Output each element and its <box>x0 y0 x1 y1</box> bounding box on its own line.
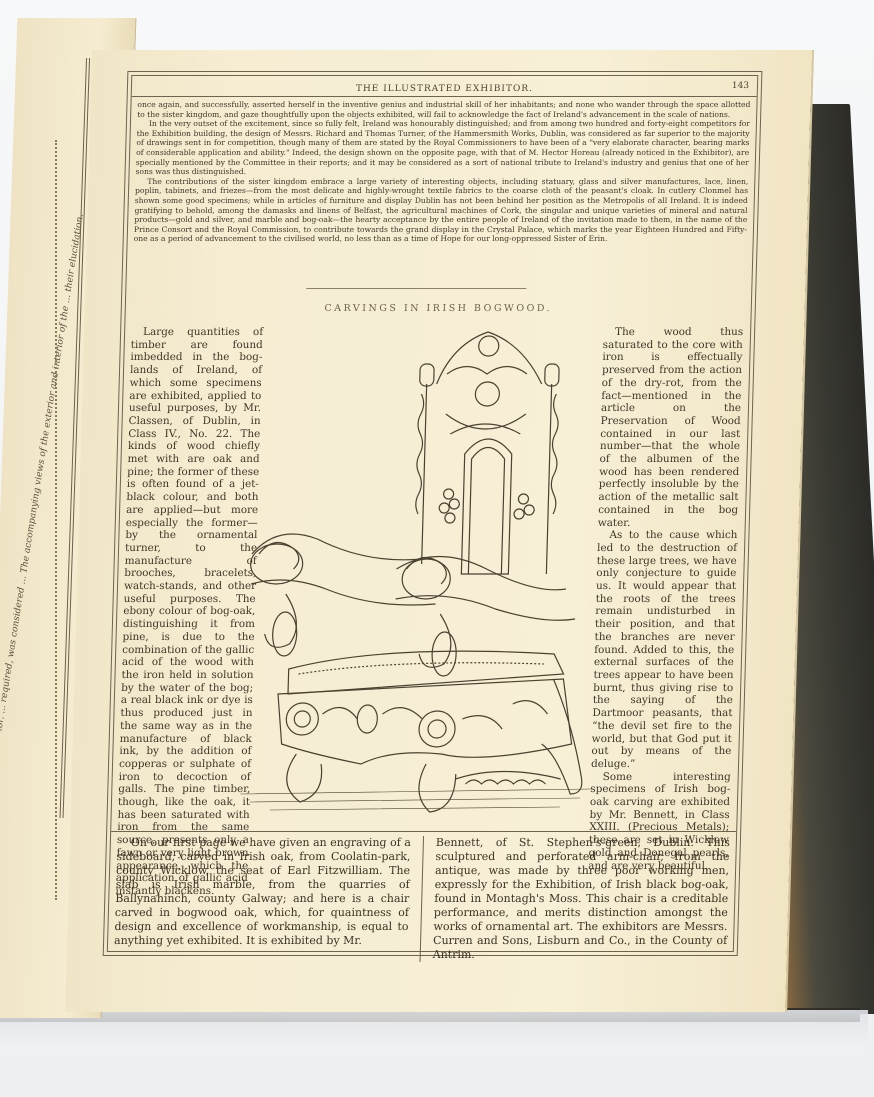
column-divider <box>420 836 425 962</box>
bottom-paragraph: Bennett, of St. Stephen's-green, Dublin.… <box>433 836 731 962</box>
article-title: CARVINGS IN IRISH BOGWOOD. <box>126 303 751 314</box>
intro-paragraph: The contributions of the sister kingdom … <box>134 177 749 244</box>
column-paragraph: As to the cause which led to the destruc… <box>591 529 738 770</box>
chair-engraving-illustration <box>240 324 606 819</box>
bottom-left-column: On our first page we have given an engra… <box>114 836 412 962</box>
intro-paragraph: In the very outset of the excitement, si… <box>135 119 750 177</box>
right-column: The wood thus saturated to the core with… <box>588 326 743 872</box>
page-frame: THE ILLUSTRATED EXHIBITOR. 143 once agai… <box>107 75 758 952</box>
bottom-section: On our first page we have given an engra… <box>114 836 731 962</box>
bottom-section-rule <box>111 831 736 832</box>
binding-stitch <box>55 140 60 900</box>
plastic-sleeve <box>0 1010 868 1051</box>
column-paragraph: The wood thus saturated to the core with… <box>598 326 744 529</box>
book-page: THE ILLUSTRATED EXHIBITOR. 143 once agai… <box>65 50 812 1012</box>
running-head: THE ILLUSTRATED EXHIBITOR. <box>132 84 757 94</box>
intro-text: once again, and successfully, asserted h… <box>134 100 751 244</box>
title-rule <box>306 288 526 289</box>
intro-paragraph: once again, and successfully, asserted h… <box>137 100 751 119</box>
page-number: 143 <box>732 81 749 91</box>
bottom-right-column: Bennett, of St. Stephen's-green, Dublin.… <box>433 836 731 962</box>
header-rule <box>132 96 757 97</box>
bottom-paragraph: On our first page we have given an engra… <box>114 836 411 948</box>
